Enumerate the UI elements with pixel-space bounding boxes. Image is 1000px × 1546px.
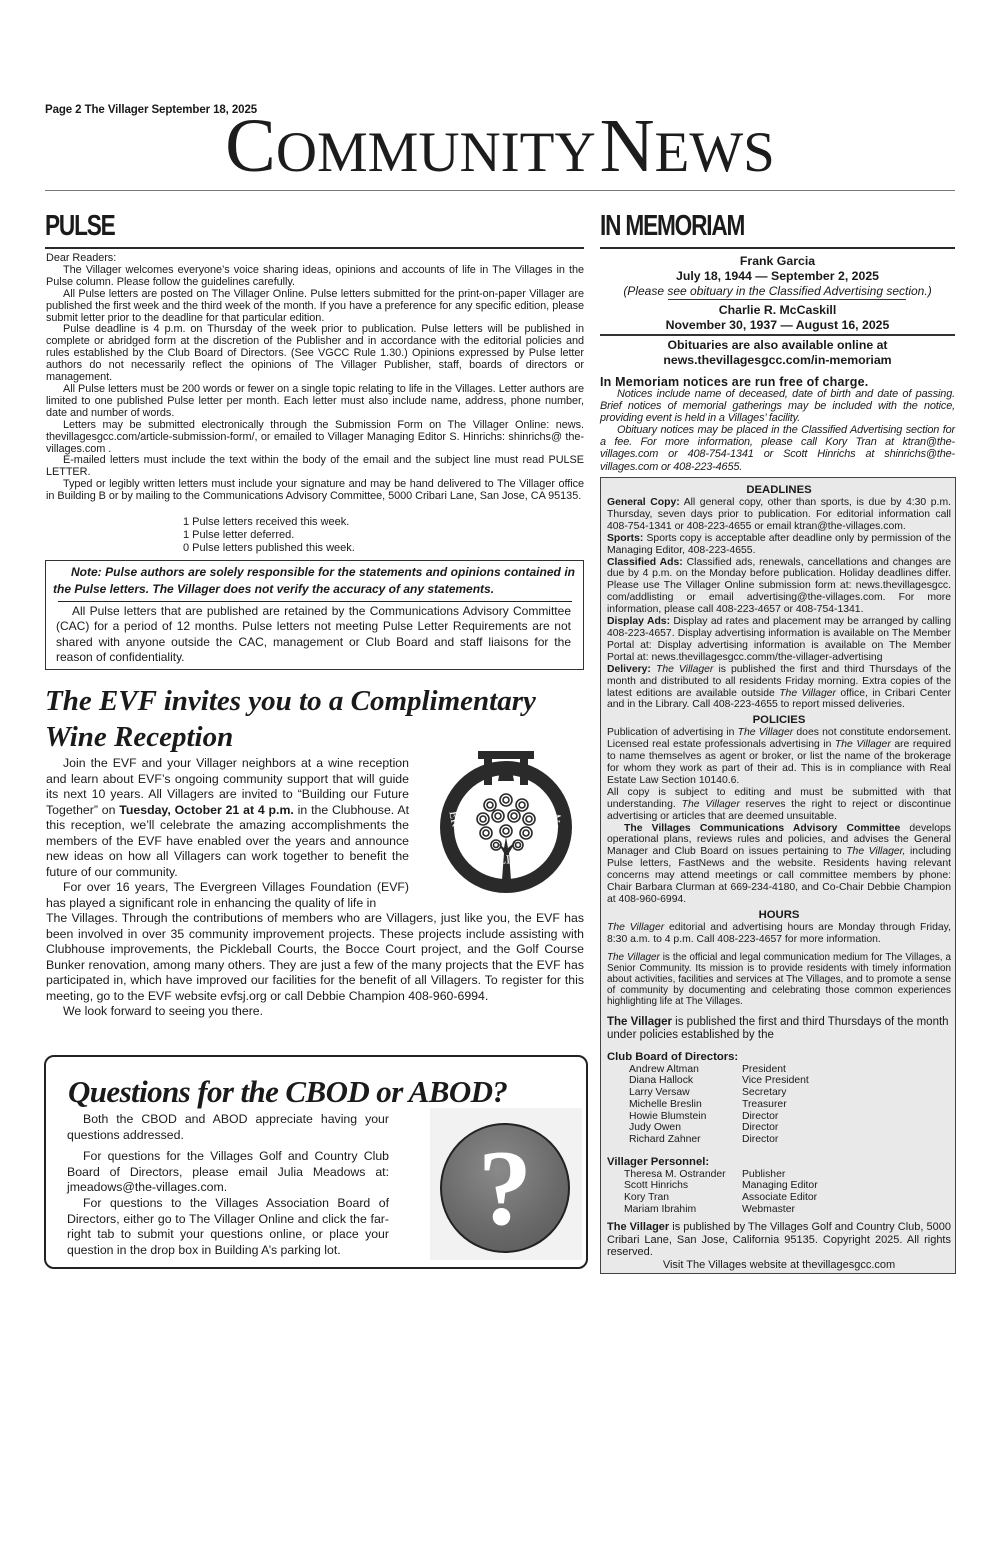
evf-logo-icon: THE EVERGREEN VILLAGES FOUNDATION (428, 745, 583, 905)
pulse-paragraph: Letters may be submitted electronically … (46, 420, 584, 456)
published-text: The Villager is published the first and … (607, 1016, 951, 1042)
cbod-body: Both the CBOD and ABOD appreciate having… (67, 1112, 389, 1258)
hours-text: The Villager editorial and advertising h… (607, 922, 951, 946)
evf-paragraph: We look forward to seeing you there. (46, 1004, 584, 1020)
cbod-paragraph: For questions to the Villages Associatio… (67, 1196, 389, 1258)
pulse-note-retention: All Pulse letters that are published are… (56, 604, 571, 665)
masthead-title: COMMUNITY NEWS (0, 108, 1000, 184)
policy-item: Publication of advertising in The Villag… (607, 727, 951, 787)
evf-paragraph: Join the EVF and your Villager neighbors… (46, 756, 409, 880)
board-heading: Club Board of Directors: (607, 1051, 951, 1064)
personnel-heading: Villager Personnel: (607, 1156, 951, 1169)
memoriam-entry: Charlie R. McCaskill November 30, 1937 —… (600, 303, 955, 332)
deceased-name: Charlie R. McCaskill (600, 303, 955, 318)
deadline-item: Display Ads: Display ad rates and placem… (607, 616, 951, 664)
deadlines-heading: DEADLINES (607, 483, 951, 497)
policies-heading: POLICIES (607, 713, 951, 727)
memoriam-entry: Frank Garcia July 18, 1944 — September 2… (600, 254, 955, 283)
deceased-name: Frank Garcia (600, 254, 955, 269)
pulse-paragraph: Typed or legibly written letters must in… (46, 479, 584, 503)
memoriam-url: news.thevillagesgcc.com/in-memoriam (600, 353, 955, 368)
entry-divider (668, 299, 906, 300)
pulse-note-box: Note: Pulse authors are solely responsib… (45, 560, 584, 670)
copyright-text: The Villager is published by The Village… (607, 1221, 951, 1258)
free-notice-body: Notices include name of deceased, date o… (600, 388, 955, 473)
hours-heading: HOURS (607, 908, 951, 922)
pulse-heading: PULSE (45, 210, 115, 243)
count-deferred: 1 Pulse letter deferred. (183, 529, 355, 542)
pulse-counts: 1 Pulse letters received this week. 1 Pu… (183, 516, 355, 554)
obituary-note: (Please see obituary in the Classified A… (600, 284, 955, 298)
deceased-dates: July 18, 1944 — September 2, 2025 (600, 269, 955, 284)
deadline-item: Sports: Sports copy is acceptable after … (607, 533, 951, 557)
memoriam-heading: IN MEMORIAM (600, 210, 744, 243)
pulse-paragraph: E-mailed letters must include the text w… (46, 455, 584, 479)
count-received: 1 Pulse letters received this week. (183, 516, 355, 529)
board-roster: Andrew AltmanPresident Diana HallockVice… (629, 1064, 951, 1146)
deceased-dates: November 30, 1937 — August 16, 2025 (600, 318, 955, 333)
cbod-paragraph: For questions for the Villages Golf and … (67, 1149, 389, 1196)
masthead-divider (45, 190, 955, 191)
pulse-paragraph: All Pulse letters are posted on The Vill… (46, 289, 584, 325)
deadline-item: Classified Ads: Classified ads, renewals… (607, 557, 951, 617)
cbod-questions-box: Questions for the CBOD or ABOD? Both the… (44, 1055, 588, 1269)
pulse-paragraph: The Villager welcomes everyone’s voice s… (46, 265, 584, 289)
free-notice-heading: In Memoriam notices are run free of char… (600, 375, 868, 389)
website-link[interactable]: Visit The Villages website at thevillage… (607, 1259, 951, 1271)
evf-paragraph: The Villages. Through the contributions … (46, 911, 584, 1004)
pulse-paragraph: Pulse deadline is 4 p.m. on Thursday of … (46, 324, 584, 384)
obituaries-online: Obituaries are also available online at … (600, 338, 955, 367)
memoriam-rule (600, 247, 955, 249)
pulse-rule (45, 247, 584, 249)
cbod-title: Questions for the CBOD or ABOD? (68, 1074, 507, 1110)
policy-item: The Villages Communications Advisory Com… (607, 823, 951, 906)
cbod-paragraph: Both the CBOD and ABOD appreciate having… (67, 1112, 389, 1143)
pulse-paragraph: All Pulse letters must be 200 words or f… (46, 384, 584, 420)
personnel-roster: Theresa M. OstranderPublisher Scott Hinr… (624, 1169, 951, 1216)
evf-paragraph: For over 16 years, The Evergreen Village… (46, 880, 409, 911)
deadline-item: General Copy: All general copy, other th… (607, 497, 951, 533)
info-box: DEADLINES General Copy: All general copy… (600, 477, 956, 1274)
event-date: Tuesday, October 21 at 4 p.m. (119, 803, 294, 817)
pulse-body: Dear Readers: The Villager welcomes ever… (46, 253, 584, 503)
note-divider (58, 601, 572, 602)
deadline-item: Delivery: The Villager is published the … (607, 664, 951, 712)
memoriam-divider (600, 334, 955, 336)
mission-text: The Villager is the official and legal c… (607, 952, 951, 1007)
pulse-note-disclaimer: Note: Pulse authors are solely responsib… (53, 564, 575, 597)
count-published: 0 Pulse letters published this week. (183, 542, 355, 555)
question-mark-icon: ? (440, 1123, 570, 1253)
policy-item: All copy is subject to editing and must … (607, 787, 951, 823)
